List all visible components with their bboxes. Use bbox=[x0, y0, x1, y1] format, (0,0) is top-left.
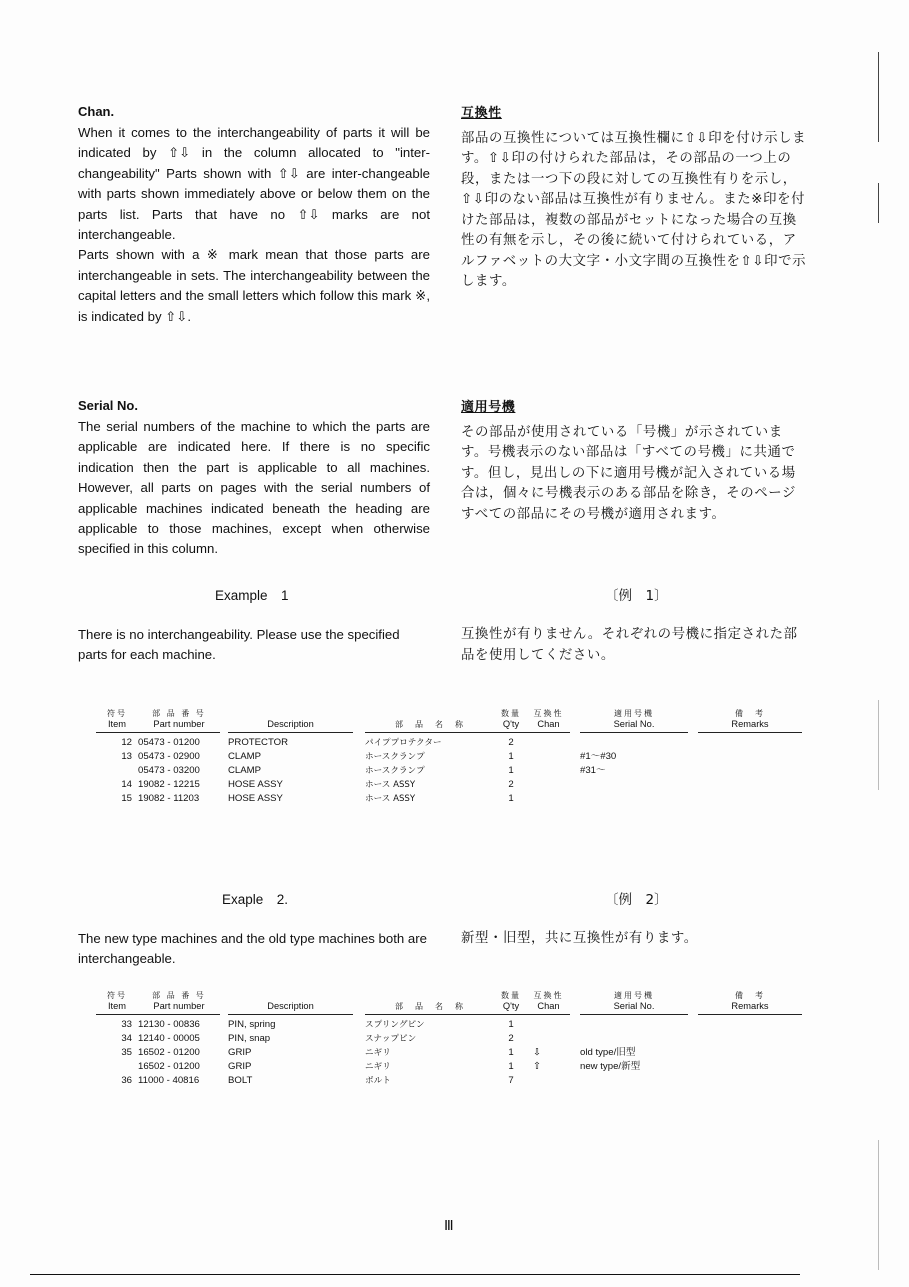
table-row: 16502 - 01200GRIPニギリ1⇧new type/新型 bbox=[96, 1060, 802, 1074]
scan-edge-mark bbox=[878, 700, 879, 790]
scan-edge-mark bbox=[878, 183, 879, 223]
header-remarks: 備 考Remarks bbox=[688, 990, 802, 1018]
header-remarks: 備 考Remarks bbox=[688, 708, 802, 736]
chan-heading-en: Chan. bbox=[78, 104, 430, 119]
table-row: 3412140 - 00005PIN, snapスナップピン2 bbox=[96, 1032, 802, 1046]
table-row: 3611000 - 40816BOLTボルト7 bbox=[96, 1074, 802, 1088]
serial-heading-jp: 適用号機 bbox=[461, 398, 809, 419]
serial-section-jp: 適用号機 その部品が使用されている「号機」が示されています。号機表示のない部品は… bbox=[461, 398, 809, 525]
serial-heading-en: Serial No. bbox=[78, 398, 430, 413]
table-header-row: 符号Item 部 品 番 号Part number Description 部 … bbox=[96, 708, 802, 736]
chan-paragraph-en-2: Parts shown with a ※ mark mean that thos… bbox=[78, 245, 430, 327]
header-name-jp: 部 品 名 称 bbox=[365, 708, 495, 736]
chan-section-en: Chan. When it comes to the interchangeab… bbox=[78, 104, 430, 327]
scan-edge-mark bbox=[878, 1140, 879, 1270]
table-row: 1205473 - 01200PROTECTORパイププロテクター2 bbox=[96, 736, 802, 750]
interchange-down-icon: ⇩ bbox=[527, 1046, 570, 1060]
header-chan: 互換性Chan bbox=[527, 708, 570, 736]
table-header-row: 符号Item 部 品 番 号Part number Description 部 … bbox=[96, 990, 802, 1018]
header-qty: 数量Q'ty bbox=[495, 990, 527, 1018]
header-item: 符号Item bbox=[96, 990, 138, 1018]
table-row: 1305473 - 02900CLAMPホースクランプ1#1～#30 bbox=[96, 750, 802, 764]
page-number: Ⅲ bbox=[444, 1218, 454, 1235]
example2-parts-table: 符号Item 部 品 番 号Part number Description 部 … bbox=[96, 990, 802, 1088]
header-part-number: 部 品 番 号Part number bbox=[138, 708, 220, 736]
example2-text-en: The new type machines and the old type m… bbox=[78, 929, 430, 970]
chan-paragraph-jp: 部品の互換性については互換性欄に⇧⇩印を付け示します。⇧⇩印の付けられた部品は，… bbox=[461, 129, 809, 293]
example2-title-en: Exaple 2. bbox=[222, 888, 288, 908]
header-qty: 数量Q'ty bbox=[495, 708, 527, 736]
header-name-jp: 部 品 名 称 bbox=[365, 990, 495, 1018]
chan-section-jp: 互換性 部品の互換性については互換性欄に⇧⇩印を付け示します。⇧⇩印の付けられた… bbox=[461, 104, 809, 293]
header-description: Description bbox=[220, 990, 353, 1018]
example1-title-en: Example 1 bbox=[215, 584, 289, 604]
bottom-rule-divider bbox=[30, 1274, 800, 1275]
header-item: 符号Item bbox=[96, 708, 138, 736]
example2-title-jp: 〔例 2〕 bbox=[605, 888, 668, 908]
header-serial: 適用号機Serial No. bbox=[570, 990, 688, 1018]
serial-paragraph-en: The serial numbers of the machine to whi… bbox=[78, 417, 430, 560]
example1-title-jp: 〔例 1〕 bbox=[605, 584, 668, 604]
chan-heading-jp: 互換性 bbox=[461, 104, 809, 125]
serial-section-en: Serial No. The serial numbers of the mac… bbox=[78, 398, 430, 560]
header-description: Description bbox=[220, 708, 353, 736]
table-row: 3516502 - 01200GRIPニギリ1⇩old type/旧型 bbox=[96, 1046, 802, 1060]
header-part-number: 部 品 番 号Part number bbox=[138, 990, 220, 1018]
interchange-up-icon: ⇧ bbox=[527, 1060, 570, 1074]
example1-parts-table: 符号Item 部 品 番 号Part number Description 部 … bbox=[96, 708, 802, 806]
header-serial: 適用号機Serial No. bbox=[570, 708, 688, 736]
table-row: 05473 - 03200CLAMPホースクランプ1#31～ bbox=[96, 764, 802, 778]
table-row: 3312130 - 00836PIN, springスプリングピン1 bbox=[96, 1018, 802, 1032]
example2-text-jp: 新型・旧型，共に互換性が有ります。 bbox=[461, 929, 809, 950]
table-row: 1419082 - 12215HOSE ASSYホース ASSY2 bbox=[96, 778, 802, 792]
header-chan: 互換性Chan bbox=[527, 990, 570, 1018]
scan-edge-mark bbox=[878, 52, 879, 142]
serial-paragraph-jp: その部品が使用されている「号機」が示されています。号機表示のない部品は「すべての… bbox=[461, 423, 809, 526]
chan-paragraph-en-1: When it comes to the interchangeability … bbox=[78, 123, 430, 245]
example1-text-en: There is no interchangeability. Please u… bbox=[78, 625, 430, 666]
table-row: 1519082 - 11203HOSE ASSYホース ASSY1 bbox=[96, 792, 802, 806]
example1-text-jp: 互換性が有りません。それぞれの号機に指定された部品を使用してください。 bbox=[461, 625, 809, 666]
